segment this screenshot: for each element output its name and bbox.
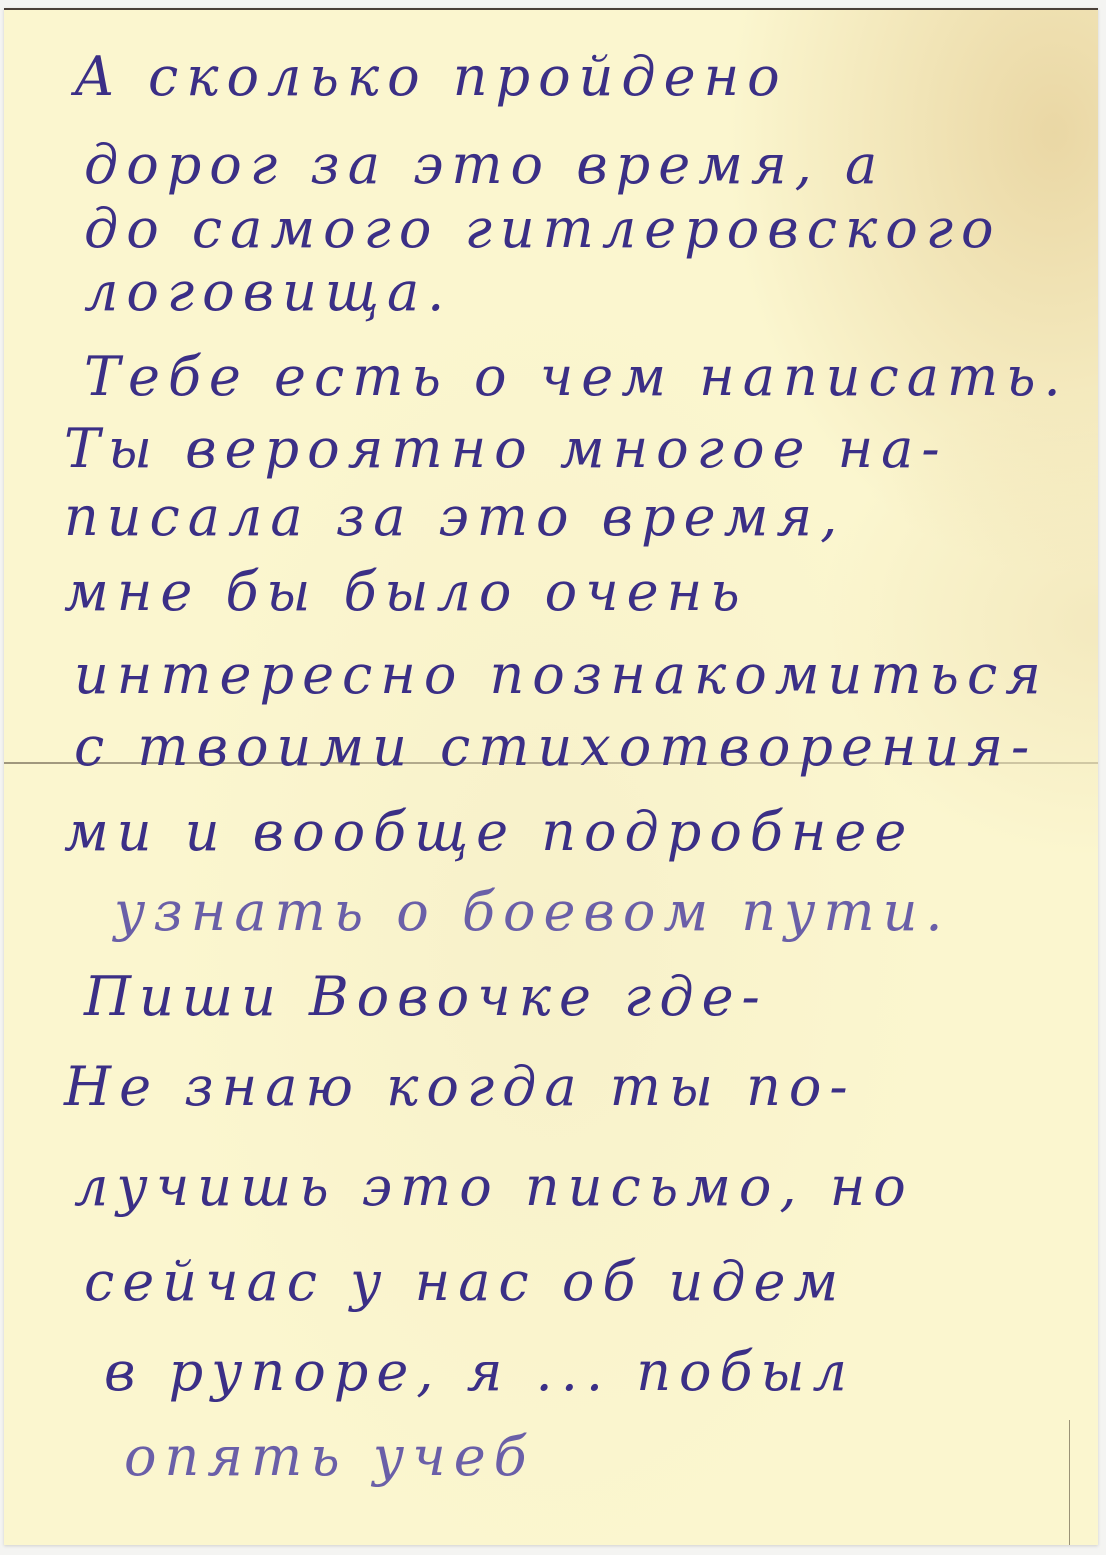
letter-line: интересно познакомиться: [74, 648, 1049, 702]
letter-line: опять учеб: [124, 1430, 535, 1484]
letter-line: А сколько пройдено: [74, 50, 788, 104]
letter-line: ми и вообще подробнее: [64, 805, 914, 859]
letter-line: Пиши Вовочке где-: [84, 970, 768, 1024]
letter-line: с твоими стихотворения-: [74, 720, 1037, 774]
letter-line: мне бы было очень: [64, 565, 748, 619]
letter-line: сейчас у нас об идем: [84, 1255, 846, 1309]
letter-page: А сколько пройдено дорог за это время, а…: [4, 8, 1098, 1545]
letter-line: дорог за это время, а: [84, 138, 885, 192]
paper-tear: [1069, 1420, 1070, 1545]
letter-line: писала за это время,: [64, 490, 845, 544]
letter-line: Тебе есть о чем написать.: [84, 350, 1069, 404]
letter-line: лучишь это письмо, но: [74, 1160, 914, 1214]
letter-line: Не знаю когда ты по-: [64, 1060, 856, 1114]
letter-line: в рупоре, я ... побыл: [104, 1345, 855, 1399]
letter-line: до самого гитлеровского: [84, 202, 1002, 256]
letter-line: узнать о боевом пути.: [114, 885, 951, 939]
letter-line: Ты вероятно многое на-: [64, 422, 948, 476]
letter-line: логовища.: [84, 265, 452, 319]
